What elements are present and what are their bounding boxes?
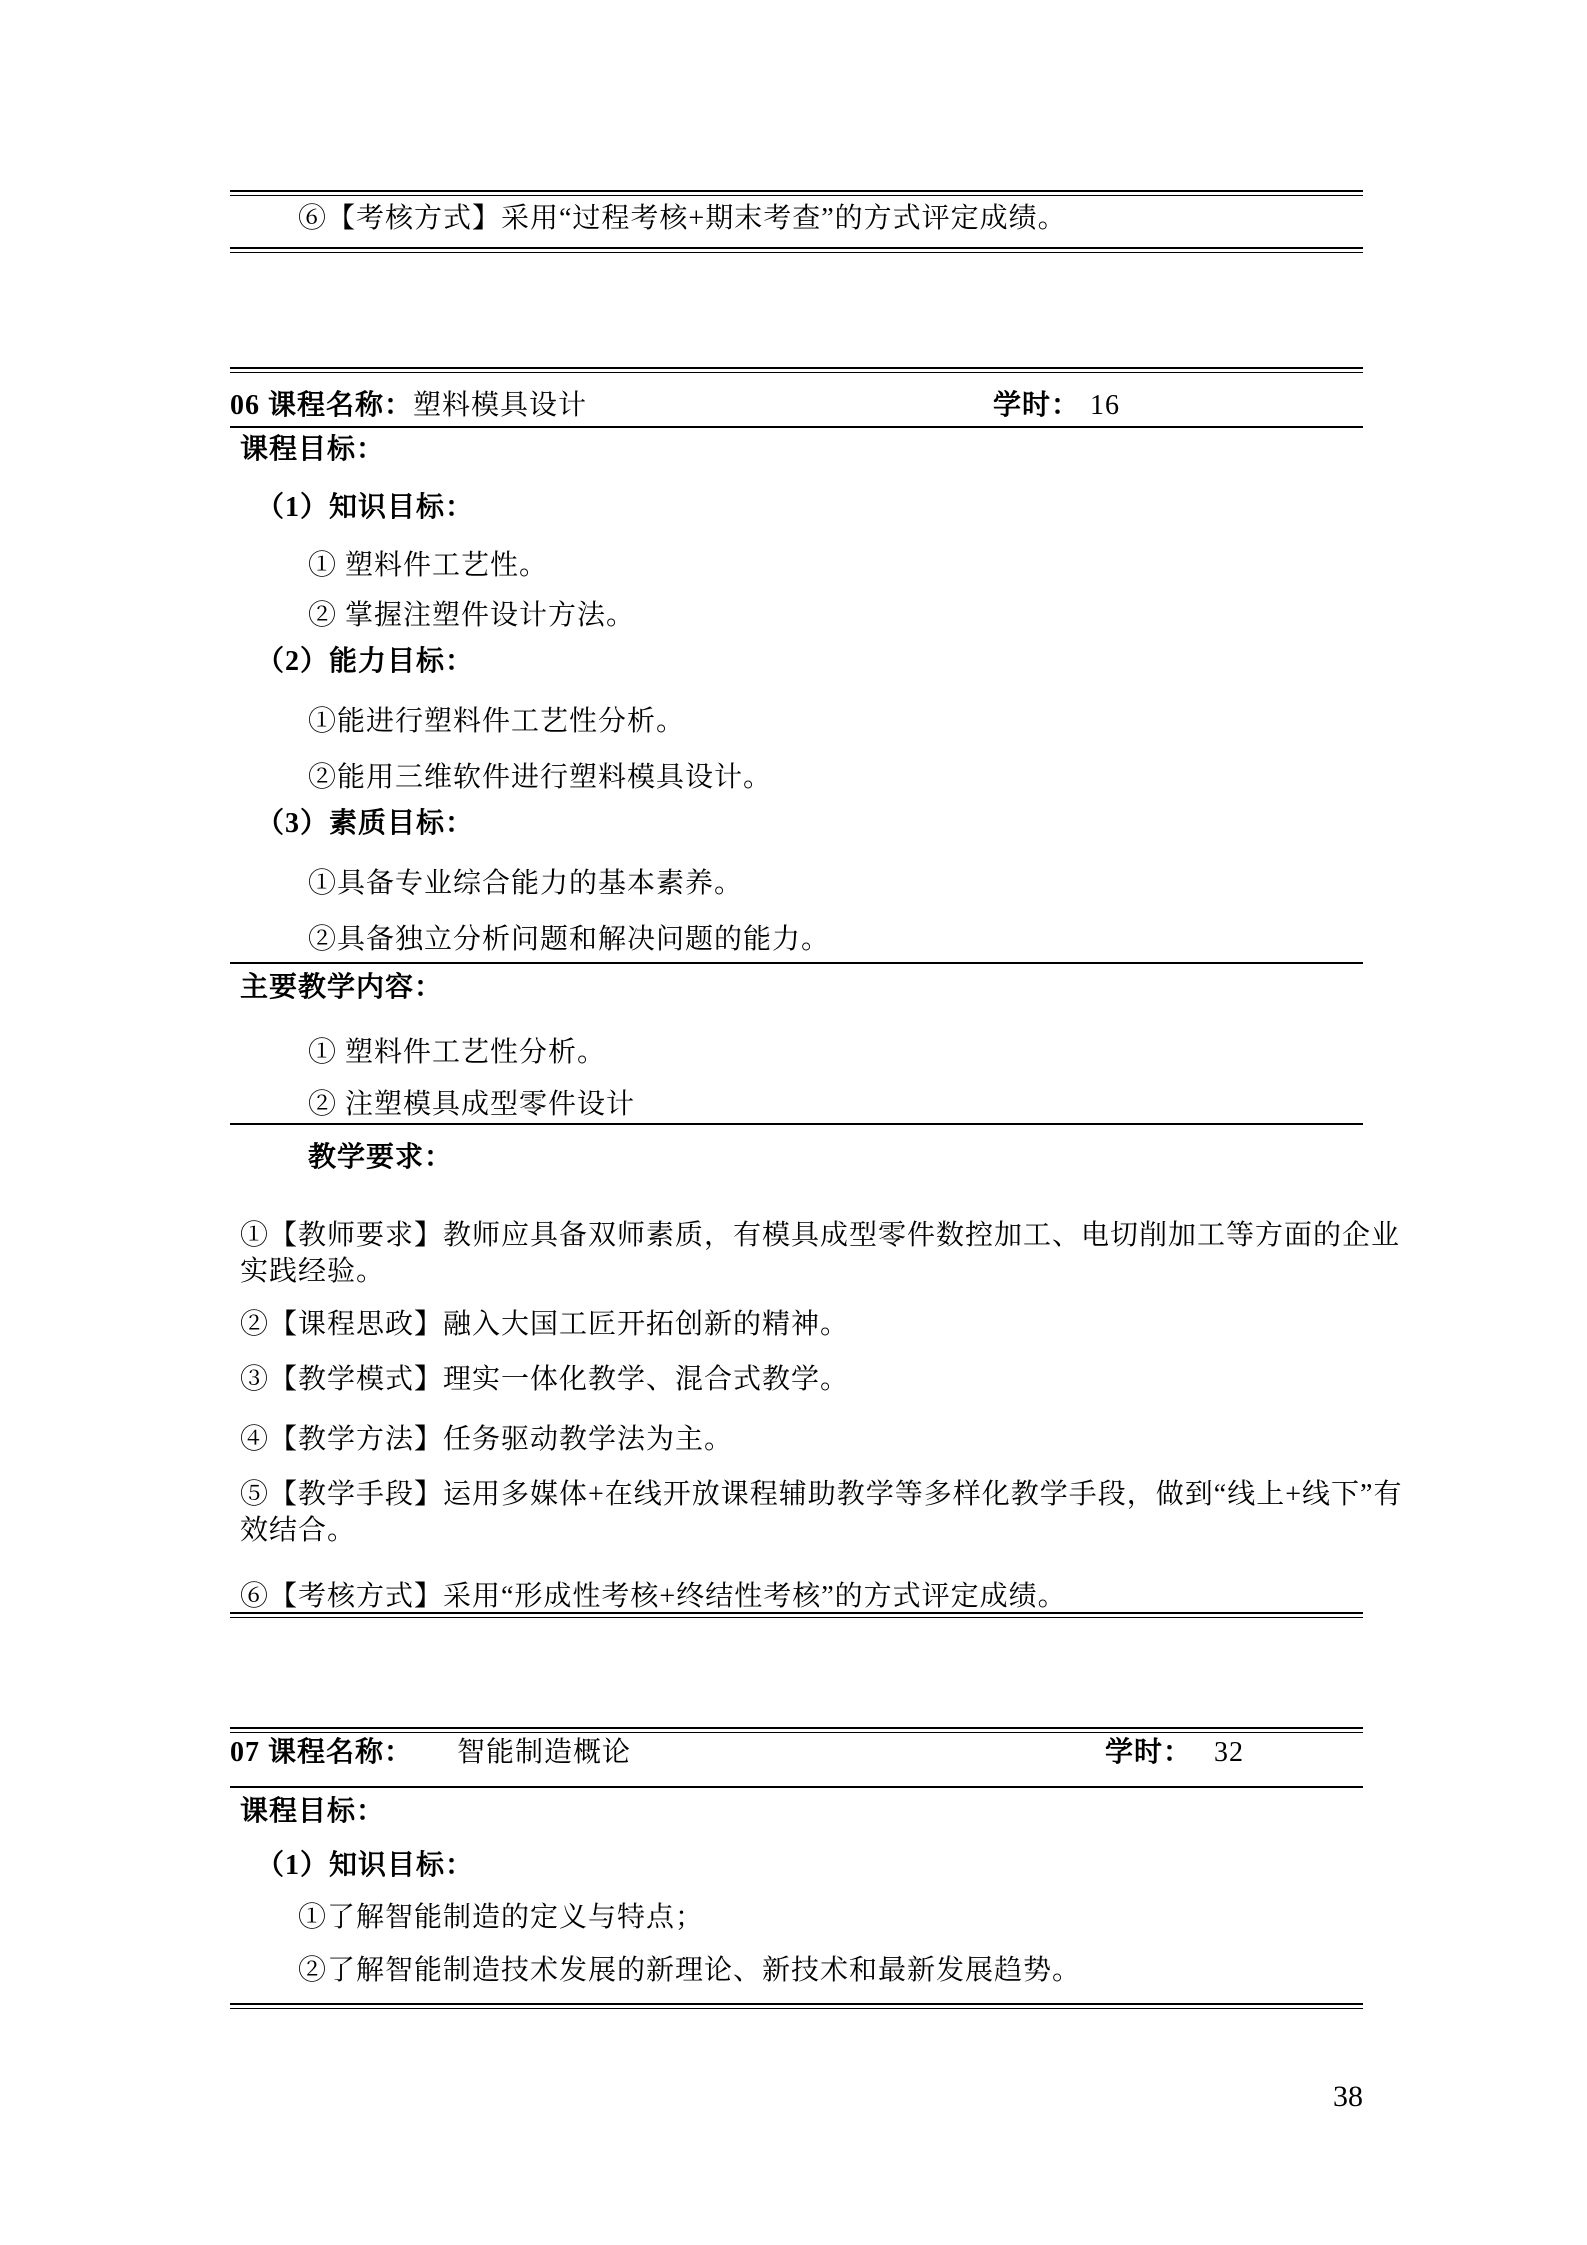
goals-title: 课程目标：	[230, 1794, 1420, 1830]
course06-teaching-requirements-section: 教学要求： ①【教师要求】教师应具备双师素质，有模具成型零件数控加工、电切削加工…	[230, 1125, 1420, 1612]
divider-double	[230, 2003, 1363, 2009]
goals-title: 课程目标：	[230, 432, 1420, 468]
course07-header: 07 课程名称：智能制造概论 学时：32	[230, 1733, 1420, 1786]
ability-goal-item: ①能进行塑料件工艺性分析。	[230, 704, 1420, 740]
knowledge-goal-item: ① 塑料件工艺性。	[230, 548, 1420, 584]
knowledge-goal-item: ②了解智能制造技术发展的新理论、新技术和最新发展趋势。	[230, 1953, 1420, 1989]
knowledge-goals-title: （1）知识目标：	[230, 490, 1420, 526]
requirement-item: ④【教学方法】任务驱动教学法为主。	[230, 1422, 1420, 1458]
teaching-content-item: ① 塑料件工艺性分析。	[230, 1035, 1420, 1071]
knowledge-goals-title: （1）知识目标：	[230, 1848, 1420, 1884]
course-hours: 学时：32	[1105, 1735, 1244, 1771]
ability-goal-item: ②能用三维软件进行塑料模具设计。	[230, 760, 1420, 796]
course07-goals-section: 课程目标： （1）知识目标： ①了解智能制造的定义与特点； ②了解智能制造技术发…	[230, 1788, 1420, 2003]
requirement-item: ②【课程思政】融入大国工匠开拓创新的精神。	[230, 1307, 1420, 1343]
requirement-item: ⑥【考核方式】采用“形成性考核+终结性考核”的方式评定成绩。	[230, 1579, 1420, 1612]
course06-teaching-content-section: 主要教学内容： ① 塑料件工艺性分析。 ② 注塑模具成型零件设计	[230, 964, 1420, 1123]
knowledge-goal-item: ② 掌握注塑件设计方法。	[230, 598, 1420, 634]
prev-course-assessment-row: ⑥【考核方式】采用“过程考核+期末考查”的方式评定成绩。	[230, 196, 1420, 247]
ability-goals-title: （2）能力目标：	[230, 644, 1420, 680]
hours-value: 32	[1214, 1737, 1244, 1768]
teaching-requirements-title: 教学要求：	[230, 1140, 1420, 1176]
knowledge-goal-item: ①了解智能制造的定义与特点；	[230, 1900, 1420, 1936]
hours-label: 学时：	[993, 390, 1080, 421]
course-number-label: 06 课程名称：	[230, 390, 413, 421]
requirement-item: ①【教师要求】教师应具备双师素质，有模具成型零件数控加工、电切削加工等方面的企业…	[230, 1218, 1420, 1290]
course-hours: 学时：16	[993, 388, 1120, 424]
document-content: ⑥【考核方式】采用“过程考核+期末考查”的方式评定成绩。 06 课程名称：塑料模…	[230, 190, 1420, 2009]
course-name: 智能制造概论	[457, 1737, 631, 1768]
section-gap	[230, 1618, 1420, 1727]
course06-goals-section: 课程目标： （1）知识目标： ① 塑料件工艺性。 ② 掌握注塑件设计方法。 （2…	[230, 428, 1420, 962]
requirement-item: ③【教学模式】理实一体化教学、混合式教学。	[230, 1362, 1420, 1398]
quality-goal-item: ①具备专业综合能力的基本素养。	[230, 866, 1420, 902]
teaching-content-item: ② 注塑模具成型零件设计	[230, 1087, 1420, 1123]
course-name: 塑料模具设计	[413, 390, 587, 421]
hours-label: 学时：	[1105, 1737, 1192, 1768]
quality-goal-item: ②具备独立分析问题和解决问题的能力。	[230, 922, 1420, 958]
course06-header: 06 课程名称：塑料模具设计 学时：16	[230, 373, 1420, 426]
course-number-label: 07 课程名称：	[230, 1737, 413, 1768]
section-gap	[230, 253, 1420, 367]
teaching-content-title: 主要教学内容：	[230, 970, 1420, 1006]
requirement-item: ⑤【教学手段】运用多媒体+在线开放课程辅助教学等多样化教学手段，做到“线上+线下…	[230, 1477, 1420, 1549]
hours-value: 16	[1090, 390, 1120, 421]
document-page: ⑥【考核方式】采用“过程考核+期末考查”的方式评定成绩。 06 课程名称：塑料模…	[0, 0, 1587, 2245]
assessment-method-item: ⑥【考核方式】采用“过程考核+期末考查”的方式评定成绩。	[230, 201, 1420, 237]
quality-goals-title: （3）素质目标：	[230, 806, 1420, 842]
page-number: 38	[1333, 2080, 1363, 2114]
